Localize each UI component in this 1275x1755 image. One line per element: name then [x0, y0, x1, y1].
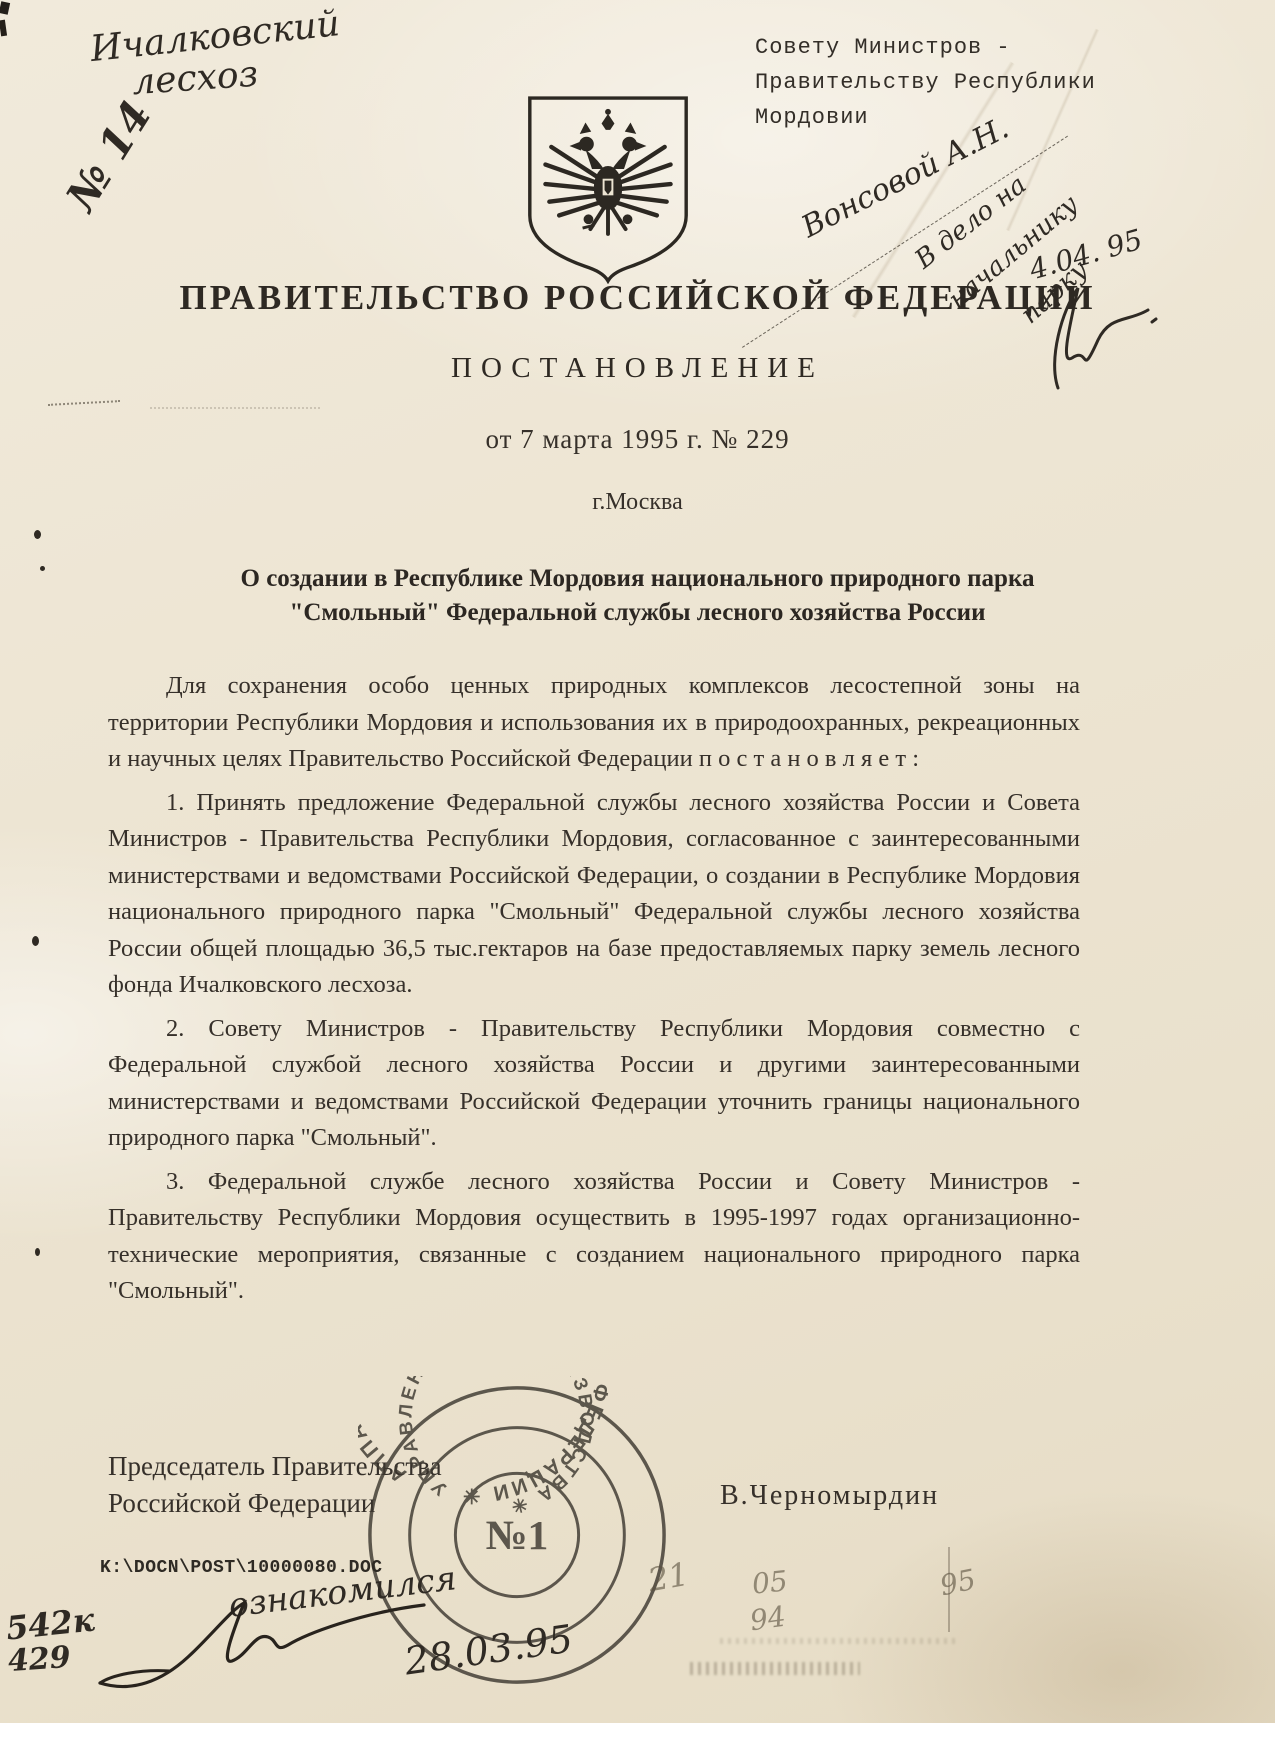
faint-stamp-smudge — [720, 1638, 960, 1644]
pencil-mark-1: 21 — [645, 1555, 692, 1599]
body-paragraph-item1: 1. Принять предложение Федеральной служб… — [108, 785, 1080, 1004]
body-paragraph-item3: 3. Федеральной службе лесного хозяйства … — [108, 1164, 1080, 1310]
document-city: г.Москва — [0, 489, 1275, 516]
double-headed-eagle — [545, 109, 670, 234]
signer-name: В.Черномырдин — [720, 1480, 939, 1512]
ink-speck — [35, 1248, 40, 1256]
coat-of-arms-russia-icon — [522, 92, 694, 284]
body-paragraph-item2: 2. Совету Министров - Правительству Респ… — [108, 1011, 1080, 1157]
margin-code-2: 429 — [7, 1640, 72, 1679]
addressee-line: Совету Министров - — [755, 30, 1096, 65]
document-subject: О создании в Республике Мордовия национа… — [0, 562, 1275, 630]
decree-body: Для сохранения особо ценных природных ко… — [108, 668, 1080, 1317]
subject-line2: "Смольный" Федеральной службы лесного хо… — [0, 596, 1275, 630]
body-paragraph-preamble: Для сохранения особо ценных природных ко… — [108, 668, 1080, 778]
ink-smudge — [150, 407, 320, 409]
government-title: ПРАВИТЕЛЬСТВО РОССИЙСКОЙ ФЕДЕРАЦИИ — [0, 278, 1275, 318]
stamp-center-number: №1 — [486, 1513, 549, 1559]
ink-speck — [34, 530, 41, 539]
faint-stamp-smudge — [690, 1662, 860, 1675]
handwritten-signature-bottom — [92, 1585, 432, 1700]
document-type-title: ПОСТАНОВЛЕНИЕ — [0, 352, 1275, 385]
pencil-mark-2: 05 — [750, 1564, 789, 1601]
addressee-line: Правительству Республики — [755, 65, 1096, 100]
subject-line1: О создании в Республике Мордовия национа… — [0, 562, 1275, 596]
ink-speck — [32, 936, 39, 946]
pencil-mark-4: 94 — [748, 1600, 788, 1638]
addressee-line: Мордовии — [755, 100, 1096, 135]
scanned-decree-page: Ичалковский лесхоз № 14 Совету Министров… — [0, 0, 1275, 1755]
document-date-number: от 7 марта 1995 г. № 229 — [0, 424, 1275, 455]
addressee-block: Совету Министров - Правительству Республ… — [755, 30, 1096, 135]
